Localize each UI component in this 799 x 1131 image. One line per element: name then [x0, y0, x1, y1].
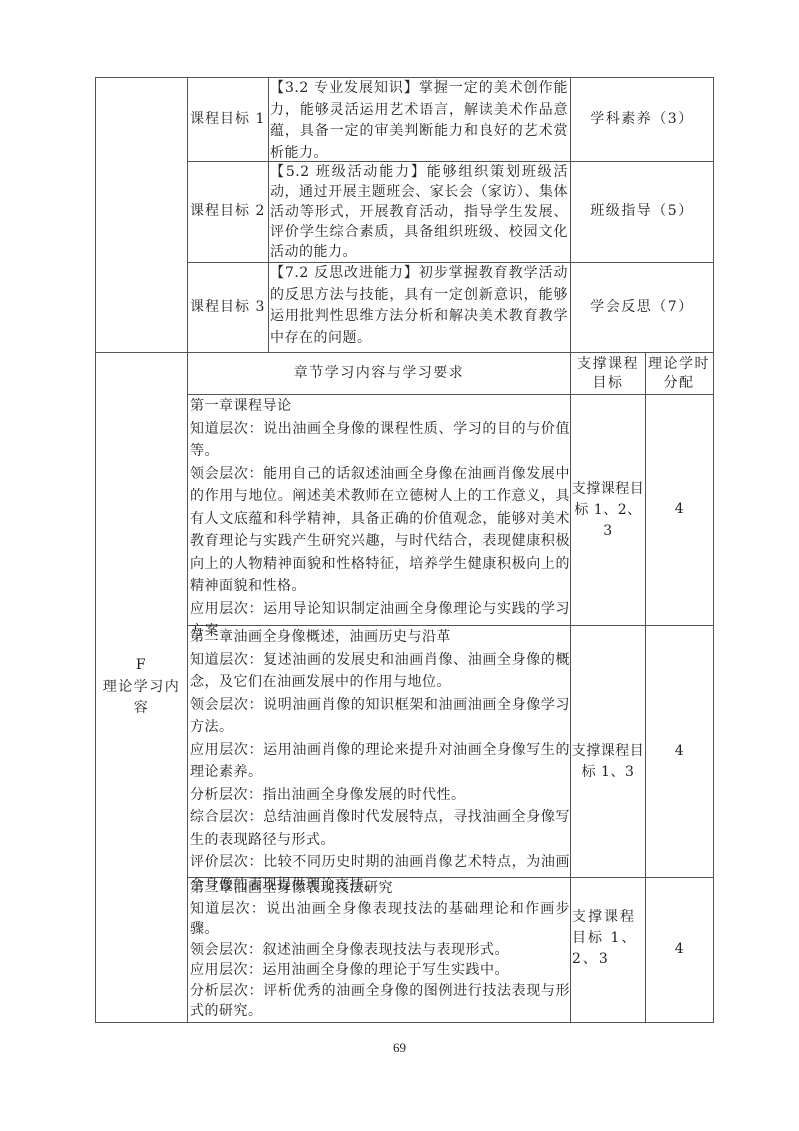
chapter-requirement: 领会层次：能用自己的话叙述油画全身像在油画肖像发展中的作用与地位。阐述美术教师在…: [190, 463, 570, 598]
objective-indicator: 学科素养（3）: [571, 78, 713, 161]
chapter-requirement: 知道层次：说出油画全身像表现技法的基础理论和作画步骤。: [190, 899, 570, 940]
chapter-requirement: 分析层次：指出油画全身像发展的时代性。: [190, 784, 570, 807]
chapter-requirement: 领会层次：说明油画肖像的知识框架和油画油画全身像学习方法。: [190, 694, 570, 739]
chapter-hours: 4: [646, 878, 713, 1022]
chapter-content: 第三章油画全身像表现技法研究 知道层次：说出油画全身像表现技法的基础理论和作画步…: [190, 878, 570, 1022]
chapter-support: 支撑课程目标 1、2、3: [571, 395, 645, 625]
table-border-right: [713, 77, 714, 1022]
objective-label: 课程目标 3: [188, 263, 268, 352]
table-border-bottom: [95, 1022, 714, 1023]
page-number: 69: [0, 1040, 799, 1056]
header-hours: 理论学时分配: [647, 353, 711, 394]
chapter-title: 第三章油画全身像表现技法研究: [190, 878, 570, 899]
objective-text: 【7.2 反思改进能力】初步掌握教育教学活动的反思方法与技能，具有一定创新意识，…: [270, 263, 568, 352]
chapter-hours: 4: [646, 626, 713, 877]
objective-text: 【5.2 班级活动能力】能够组织策划班级活动，通过开展主题班会、家长会（家访）、…: [270, 162, 568, 262]
header-support: 支撑课程目标: [572, 353, 644, 394]
chapter-requirement: 应用层次：运用油画全身像的理论于写生实践中。: [190, 960, 570, 981]
chapter-requirement: 知道层次：说出油画全身像的课程性质、学习的目的与价值等。: [190, 418, 570, 463]
chapter-requirement: 应用层次：运用油画肖像的理论来提升对油画全身像写生的理论素养。: [190, 739, 570, 784]
section-letter: F: [136, 655, 147, 677]
objective-indicator: 班级指导（5）: [571, 162, 713, 262]
objective-label: 课程目标 2: [188, 162, 268, 262]
objective-indicator: 学会反思（7）: [571, 263, 713, 352]
chapter-requirement: 综合层次：总结油画肖像时代发展特点，寻找油画全身像写生的表现路径与形式。: [190, 806, 570, 851]
objective-label: 课程目标 1: [188, 78, 268, 161]
chapter-content: 第一章课程导论 知道层次：说出油画全身像的课程性质、学习的目的与价值等。 领会层…: [190, 395, 570, 625]
chapter-requirement: 领会层次：叙述油画全身像表现技法与表现形式。: [190, 940, 570, 961]
header-content: 章节学习内容与学习要求: [188, 353, 570, 394]
table-col-divider: [268, 77, 269, 352]
chapter-requirement: 知道层次：复述油画的发展史和油画肖像、油画全身像的概念，及它们在油画发展中的作用…: [190, 649, 570, 694]
chapter-support: 支撑课程目标 1、2、3: [572, 905, 644, 995]
chapter-title: 第一章课程导论: [190, 395, 570, 418]
chapter-title: 第二章油画全身像概述，油画历史与沿革: [190, 626, 570, 649]
chapter-hours: 4: [646, 395, 713, 625]
chapter-requirement: 分析层次：评析优秀的油画全身像的图例进行技法表现与形式的研究。: [190, 981, 570, 1022]
section-label-theory: F 理论学习内容: [96, 353, 187, 1022]
chapter-support: 支撑课程目标 1、3: [571, 626, 645, 877]
objective-text: 【3.2 专业发展知识】掌握一定的美术创作能力，能够灵活运用艺术语言，解读美术作…: [270, 78, 568, 161]
section-title: 理论学习内容: [99, 677, 185, 720]
chapter-content: 第二章油画全身像概述，油画历史与沿革 知道层次：复述油画的发展史和油画肖像、油画…: [190, 626, 570, 877]
